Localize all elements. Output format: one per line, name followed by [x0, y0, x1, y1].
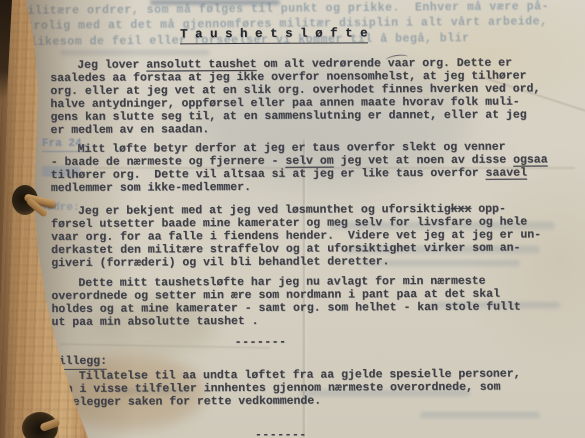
text-line: forelegger saken for rette vedkommende. [52, 393, 582, 409]
text-line: ut paa min absolutte taushet . [52, 313, 582, 329]
text-segment: gens kan slutte seg til, at en sammenslu… [50, 109, 526, 124]
underlined-text: saavel [486, 167, 527, 180]
text-segment: holdes og at mine kamerater - samt org. … [51, 301, 520, 316]
text-segment: - baade de nærmeste og fjernere - [51, 155, 286, 169]
underlined-text: ansolutt taushet [146, 58, 256, 72]
dash-separator: ------- [235, 334, 582, 349]
underlined-text: selv om [285, 155, 333, 168]
document-body: Jeg lover ansolutt taushet om alt vedrør… [50, 56, 581, 329]
struck-text: kxx [451, 203, 472, 216]
underlined-text: ogsaa [513, 153, 548, 166]
document-title: T a u s h e t s l ø f t e [180, 26, 368, 44]
text-segment: jeg vet at noen av disse [334, 154, 514, 168]
text-line: giveri (forræderi) og vil bli behandlet … [51, 254, 581, 270]
bleedthrough-smudge [420, 412, 540, 419]
text-segment: kan i visse tilfeller innhentes gjennom … [52, 381, 501, 396]
typed-content: T a u s h e t s l ø f t e Jeg lover anso… [50, 25, 582, 409]
text-line: gens kan slutte seg til, at en sammenslu… [50, 108, 580, 124]
text-segment: giveri (forræderi) og vil bli behandlet … [51, 255, 389, 270]
addendum-paragraph: Tillatelse til aa undta løftet fra aa gj… [52, 367, 582, 409]
text-segment: forelegger saken for rette vedkommende. [52, 395, 321, 409]
text-segment: om alt vedrørende vaar org. Dette er [257, 57, 512, 71]
text-segment: tilhører org. Dette vil altsaa si at jeg… [51, 167, 486, 182]
paragraph: Dette mitt taushetsløfte har jeg nu avla… [51, 274, 581, 329]
text-segment: Jeg lover [77, 58, 146, 71]
text-line: medlemmer som ikke-medlemmer. [51, 179, 581, 195]
bottom-dash-separator: ------- [255, 429, 307, 438]
addendum-heading-row: Tillegg: [52, 352, 582, 369]
paragraph: Tillatelse til aa undta løftet fra aa gj… [52, 367, 582, 409]
paragraph: Mitt løfte betyr derfor at jeg er taus o… [51, 140, 581, 195]
text-segment: er medlem av en saadan. [51, 123, 210, 137]
text-segment: medlemmer som ikke-medlemmer. [51, 181, 251, 195]
text-line: tilhører org. Dette vil altsaa si at jeg… [51, 166, 581, 182]
text-line: er medlem av en saadan. [51, 121, 581, 137]
bleedthrough-smudge [150, 0, 280, 5]
text-segment: ut paa min absolutte taushet . [52, 315, 259, 329]
paragraph: Jeg lover ansolutt taushet om alt vedrør… [50, 56, 580, 137]
scanned-document: militære ordrer, som må følges til punkt… [0, 0, 585, 438]
text-segment: opp- [471, 203, 506, 216]
text-line: holdes og at mine kamerater - samt org. … [51, 300, 581, 316]
title-row: T a u s h e t s l ø f t e [50, 25, 580, 46]
paragraph: Jeg er bekjent med at jeg ved løsmunthet… [51, 202, 581, 270]
text-segment: derkastet den militære straffelov og at … [51, 242, 520, 257]
